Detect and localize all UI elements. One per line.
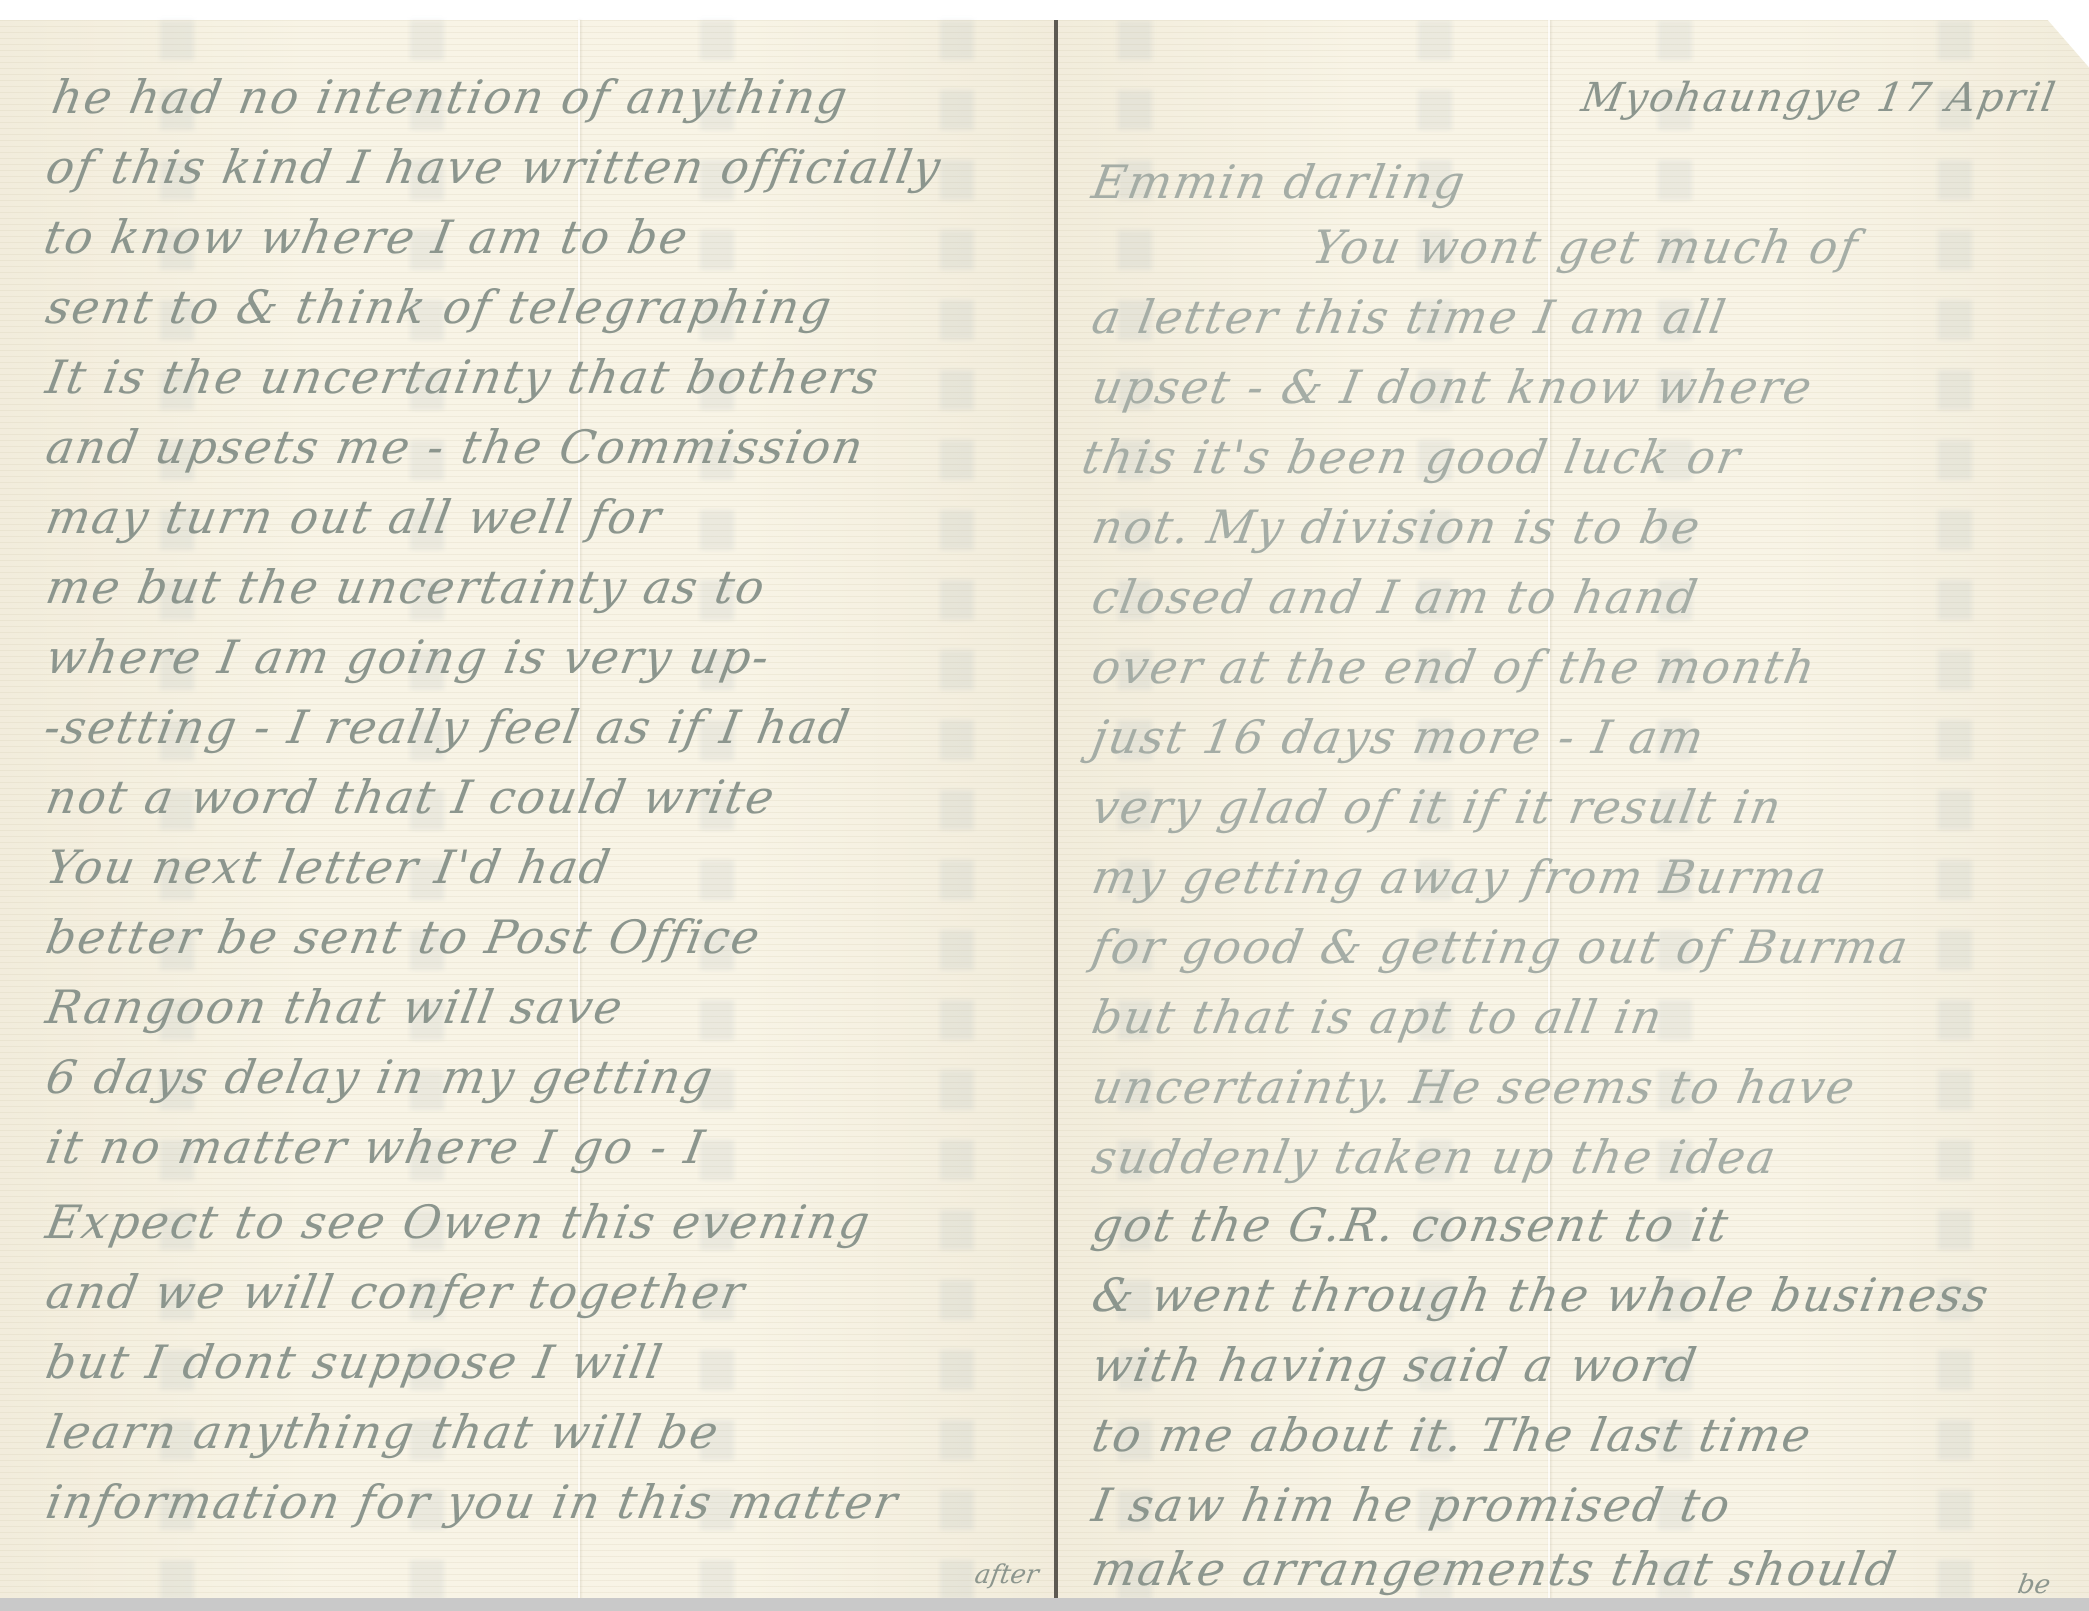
letter-heading: Myohaungye 17 April — [1578, 75, 2060, 121]
text-line: Expect to see Owen this evening — [42, 1195, 876, 1249]
text-line: to me about it. The last time — [1088, 1408, 1817, 1462]
text-line: of this kind I have written officially — [42, 140, 946, 194]
right-page-lines: Myohaungye 17 April Emmin darling You wo… — [1058, 20, 2089, 1600]
text-line: closed and I am to hand — [1088, 570, 1703, 624]
text-line: my getting away from Burma — [1088, 850, 1832, 904]
text-line: and we will confer together — [42, 1265, 750, 1319]
text-line: where I am going is very up- — [42, 630, 775, 684]
text-line: not. My division is to be — [1088, 500, 1706, 554]
text-line: 6 days delay in my getting — [42, 1050, 719, 1104]
text-line: You wont get much of — [1308, 220, 1863, 274]
text-line: better be sent to Post Office — [42, 910, 766, 964]
salutation: Emmin darling — [1088, 155, 1471, 209]
text-line: a letter this time I am all — [1088, 290, 1731, 344]
text-line: make arrangements that should — [1088, 1542, 1902, 1596]
text-line: for good & getting out of Burma — [1088, 920, 1914, 974]
text-line: this it's been good luck or — [1078, 430, 1746, 484]
text-line: got the G.R. consent to it — [1088, 1198, 1734, 1252]
text-line: he had no intention of anything — [48, 70, 853, 124]
text-line: and upsets me - the Commission — [42, 420, 869, 474]
page-gap — [1054, 20, 1058, 1600]
text-line: -setting - I really feel as if I had — [40, 700, 855, 754]
text-line: just 16 days more - I am — [1088, 710, 1710, 764]
text-line: over at the end of the month — [1088, 640, 1821, 694]
text-line: may turn out all well for — [42, 490, 667, 544]
scanner-edge — [0, 1598, 2089, 1611]
text-line: but that is apt to all in — [1088, 990, 1668, 1044]
continuation-word: be — [2015, 1570, 2052, 1600]
text-line: information for you in this matter — [42, 1475, 903, 1529]
text-line: very glad of it if it result in — [1088, 780, 1787, 834]
text-line: learn anything that will be — [42, 1405, 724, 1459]
text-line: suddenly taken up the idea — [1088, 1130, 1782, 1184]
text-line: with having said a word — [1088, 1338, 1702, 1392]
text-line: It is the uncertainty that bothers — [42, 350, 884, 404]
text-line: I saw him he promised to — [1088, 1478, 1736, 1532]
margin-note: after — [972, 1560, 1041, 1590]
text-line: upset - & I dont know where — [1088, 360, 1818, 414]
text-line: & went through the whole business — [1088, 1268, 1994, 1322]
text-line: uncertainty. He seems to have — [1088, 1060, 1861, 1114]
text-line: me but the uncertainty as to — [42, 560, 771, 614]
text-line: but I dont suppose I will — [42, 1335, 668, 1389]
text-line: to know where I am to be — [40, 210, 694, 264]
left-page-lines: he had no intention of anything of this … — [0, 20, 1054, 1600]
text-line: it no matter where I go - I — [42, 1120, 710, 1174]
text-line: sent to & think of telegraphing — [42, 280, 837, 334]
text-line: Rangoon that will save — [42, 980, 628, 1034]
text-line: You next letter I'd had — [42, 840, 616, 894]
text-line: not a word that I could write — [42, 770, 780, 824]
left-page: he had no intention of anything of this … — [0, 20, 1054, 1600]
right-page: Myohaungye 17 April Emmin darling You wo… — [1058, 20, 2089, 1600]
